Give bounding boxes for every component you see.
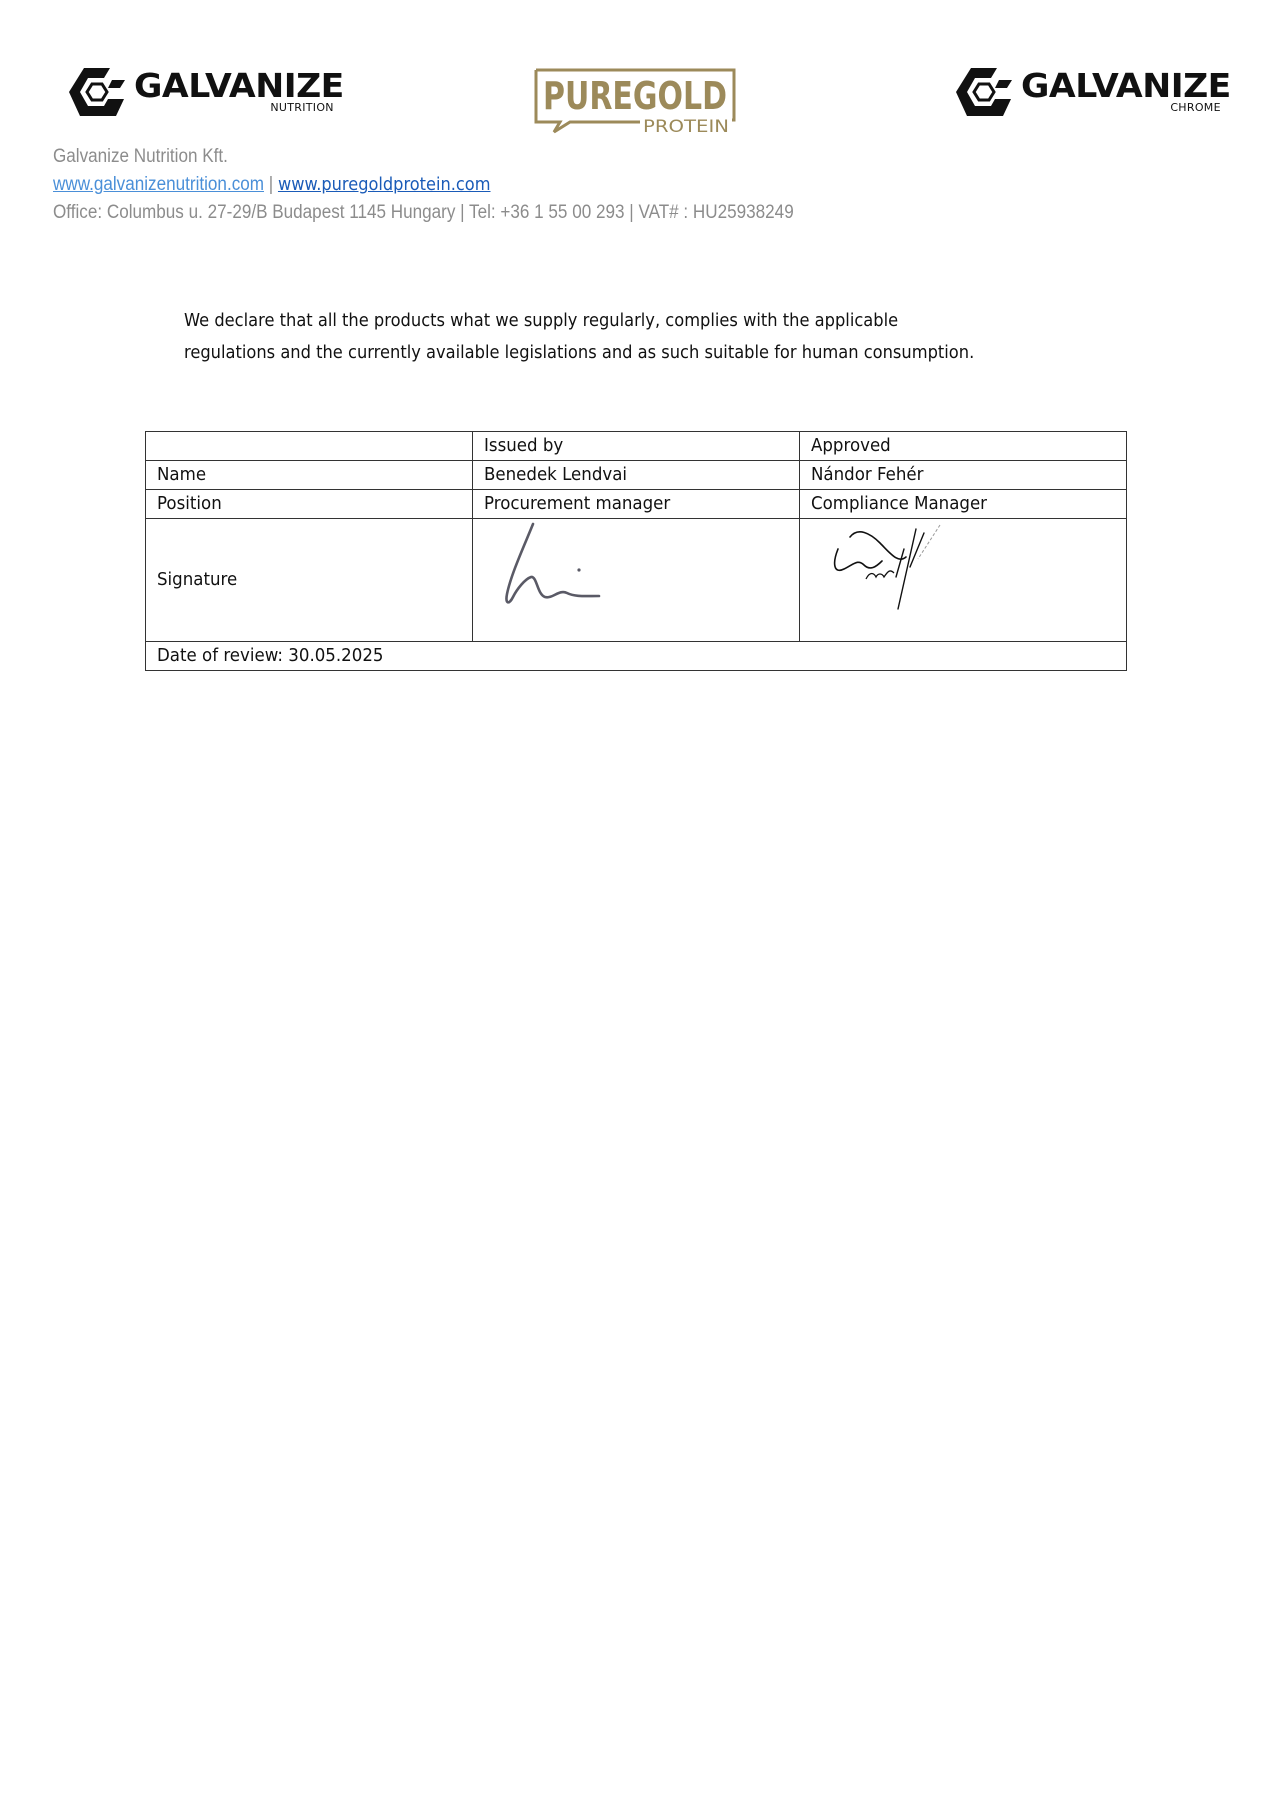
table-header-cell: [146, 432, 473, 461]
hexagon-bolt-icon: [68, 66, 126, 118]
logo-brand: PUREGOLD: [543, 74, 727, 118]
signature-row: Signature: [146, 519, 1127, 642]
company-name: Galvanize Nutrition Kft.: [53, 146, 228, 168]
signature-image: [800, 519, 1126, 641]
separator: |: [269, 174, 273, 195]
approval-table: Issued by Approved Name Benedek Lendvai …: [145, 431, 1127, 671]
issuer-signature: [473, 519, 800, 642]
table-row: Name Benedek Lendvai Nándor Fehér: [146, 461, 1127, 490]
galvanize-website-link[interactable]: www.galvanizenutrition.com: [53, 174, 264, 195]
puregold-protein-logo: PUREGOLD PROTEIN: [532, 66, 738, 136]
approver-signature: [800, 519, 1127, 642]
issuer-name: Benedek Lendvai: [473, 461, 800, 490]
approver-position: Compliance Manager: [800, 490, 1127, 519]
approver-name: Nándor Fehér: [800, 461, 1127, 490]
declaration-line-1: We declare that all the products what we…: [184, 305, 1077, 337]
row-label-position: Position: [146, 490, 473, 519]
table-header-row: Issued by Approved: [146, 432, 1127, 461]
table-header-cell: Issued by: [473, 432, 800, 461]
signature-image: [473, 519, 799, 641]
table-header-cell: Approved: [800, 432, 1127, 461]
row-label-name: Name: [146, 461, 473, 490]
hexagon-bolt-icon: [955, 66, 1013, 118]
declaration-text: We declare that all the products what we…: [184, 305, 1077, 369]
logo-brand: GALVANIZE: [134, 71, 344, 101]
logo-brand: GALVANIZE: [1021, 71, 1231, 101]
declaration-line-2: regulations and the currently available …: [184, 337, 1077, 369]
issuer-position: Procurement manager: [473, 490, 800, 519]
company-websites: www.galvanizenutrition.com | www.puregol…: [53, 174, 491, 196]
company-office-details: Office: Columbus u. 27-29/B Budapest 114…: [53, 202, 794, 224]
puregold-website-link[interactable]: www.puregoldprotein.com: [278, 174, 491, 195]
galvanize-chrome-logo: GALVANIZE CHROME: [955, 66, 1221, 118]
galvanize-nutrition-logo: GALVANIZE NUTRITION: [68, 66, 334, 118]
table-row: Position Procurement manager Compliance …: [146, 490, 1127, 519]
date-of-review: Date of review: 30.05.2025: [146, 642, 1127, 671]
row-label-signature: Signature: [146, 519, 473, 642]
logo-sub: PROTEIN: [643, 117, 729, 136]
table-row: Date of review: 30.05.2025: [146, 642, 1127, 671]
